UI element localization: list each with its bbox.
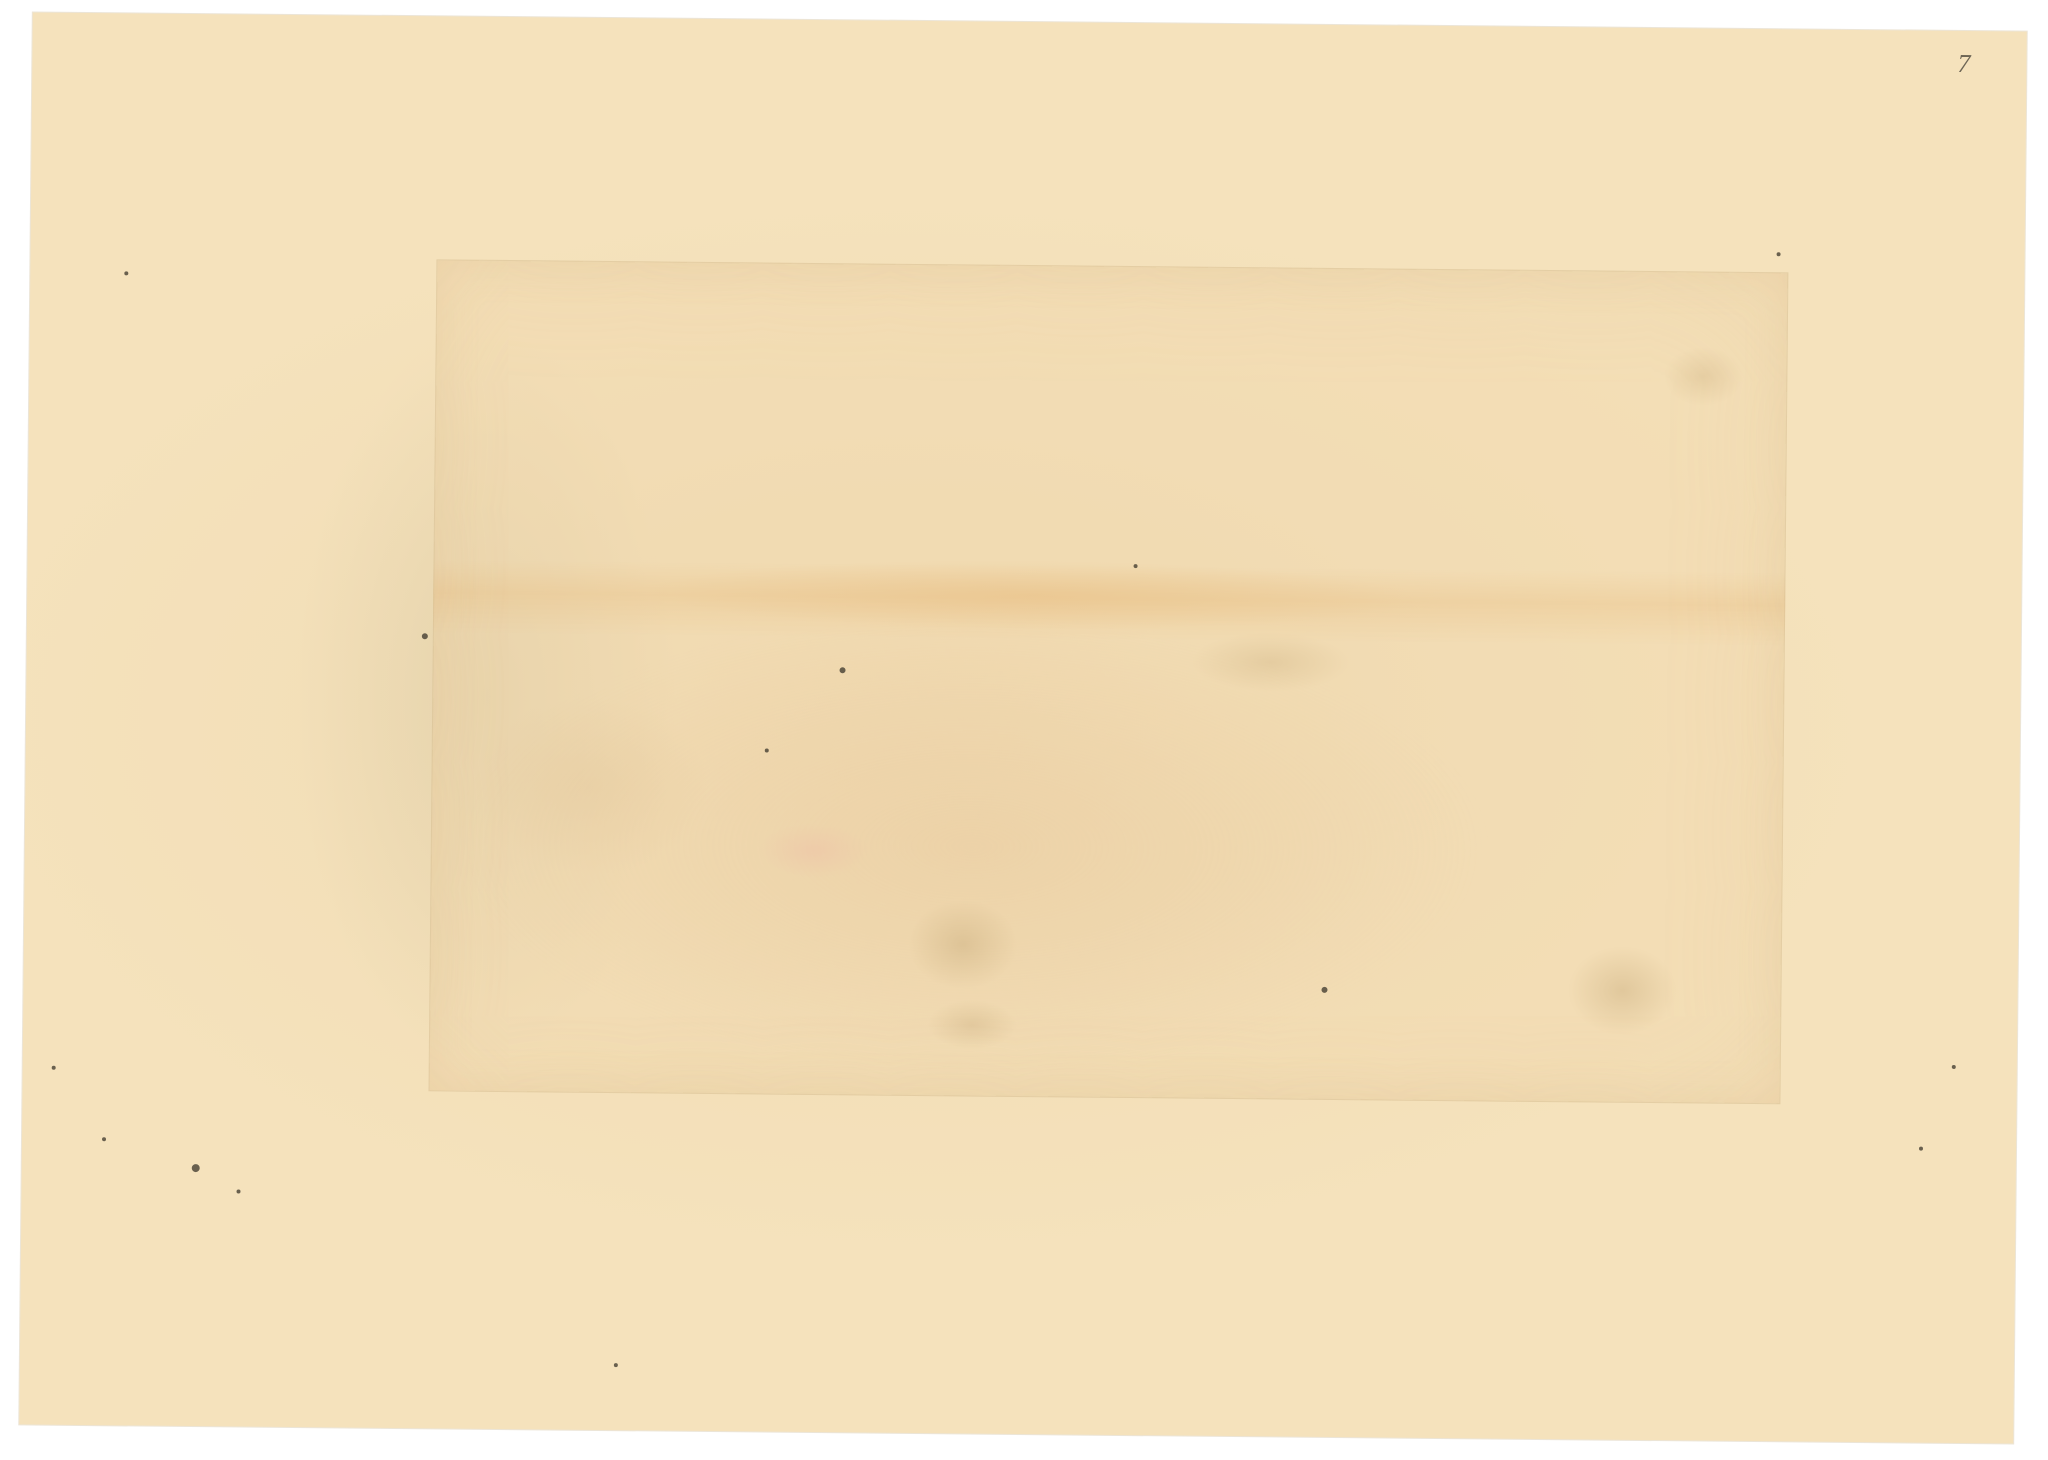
dust-spot (614, 1363, 618, 1367)
dust-spot (1952, 1065, 1956, 1069)
dust-spot (52, 1066, 56, 1070)
dust-spot (1321, 987, 1327, 993)
dust-spot (1777, 252, 1781, 256)
plate-mark (428, 259, 1788, 1104)
dust-spot (1134, 564, 1138, 568)
dust-spot (840, 667, 846, 673)
handwritten-page-number: 7 (1957, 51, 1970, 77)
dust-spot (124, 271, 128, 275)
paper-sheet: 7 (19, 12, 2026, 1443)
dust-spot (1919, 1147, 1923, 1151)
dust-spot (102, 1137, 106, 1141)
dust-spot (192, 1164, 200, 1172)
dust-spot (422, 633, 428, 639)
dust-spot (236, 1189, 240, 1193)
dust-spot (765, 749, 769, 753)
